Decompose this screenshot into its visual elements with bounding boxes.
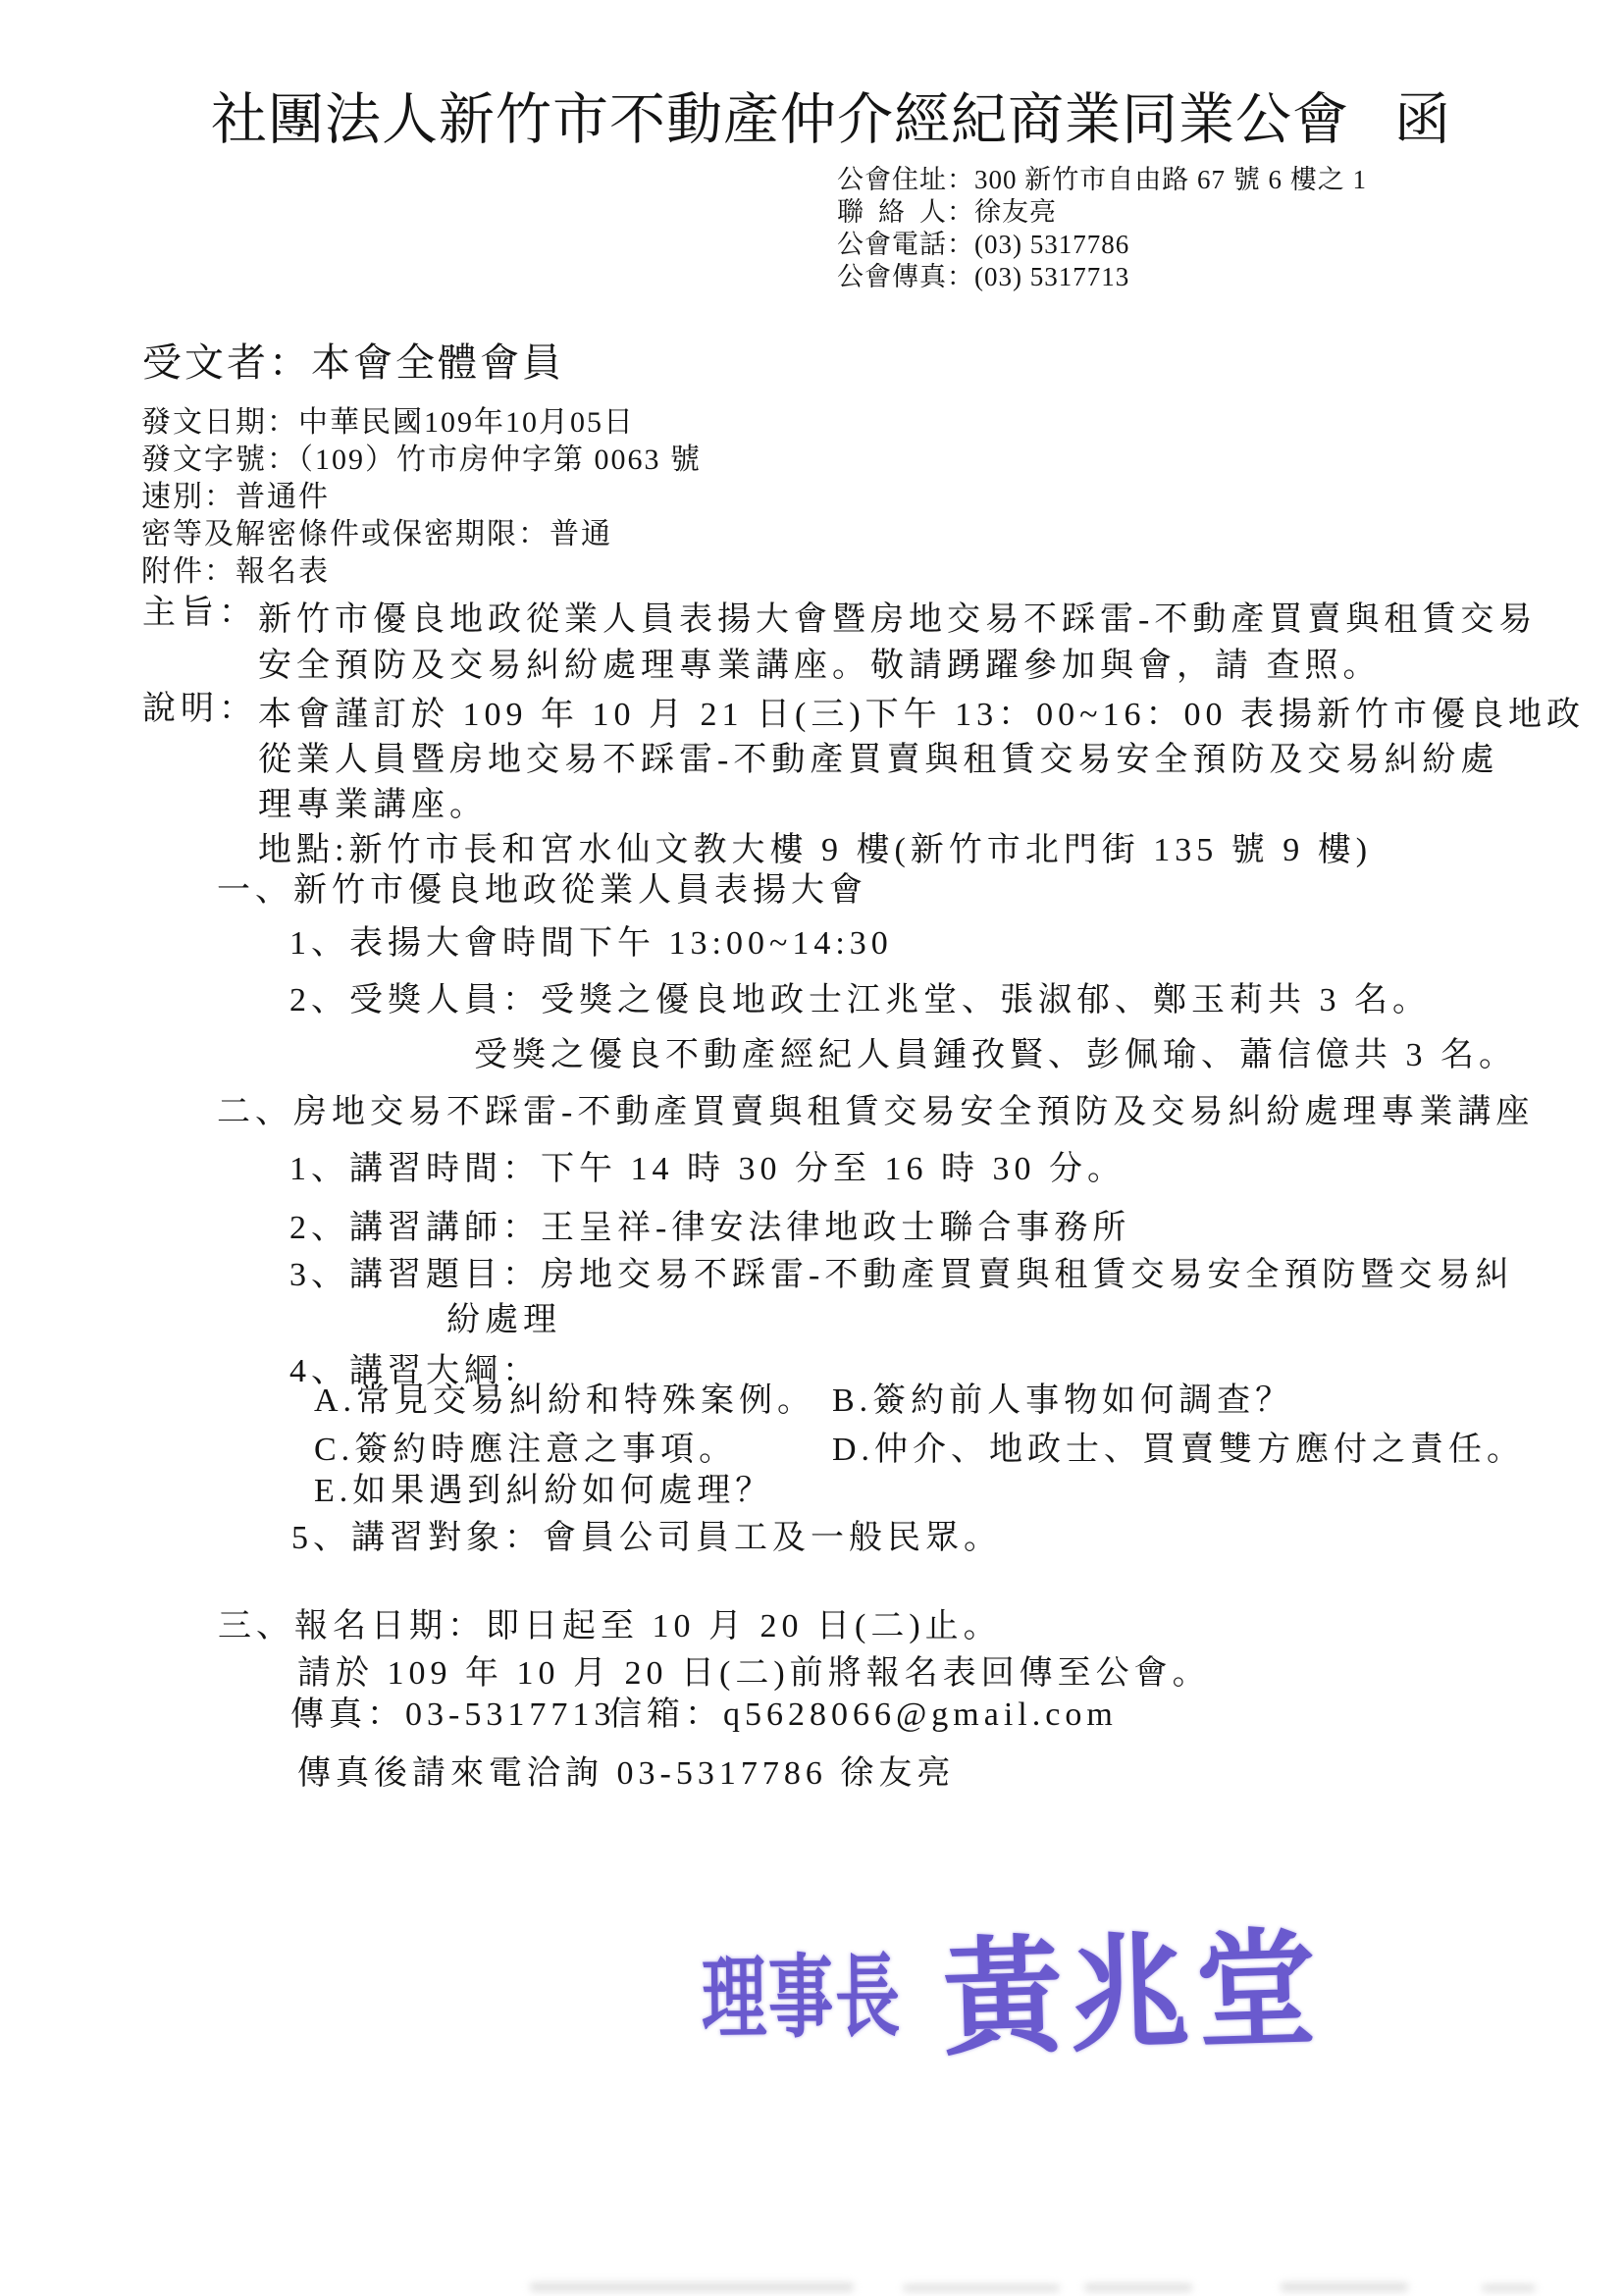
scan-artifact bbox=[1281, 2282, 1408, 2292]
section1-item2-awardees: 2、受獎人員：受獎之優良地政士江兆堂、張淑郁、鄭玉莉共 3 名。 bbox=[289, 981, 1431, 1019]
contact-address-value: ：300 新竹市自由路 67 號 6 樓之 1 bbox=[947, 165, 1367, 194]
section1-item1-time: 1、表揚大會時間下午 13:00~14:30 bbox=[289, 924, 893, 963]
subject-line-1: 新竹市優良地政從業人員表揚大會暨房地交易不踩雷-不動產買賣與租賃交易 bbox=[258, 597, 1537, 643]
section1-heading: 一、新竹市優良地政從業人員表揚大會 bbox=[217, 871, 867, 910]
association-name: 社團法人新竹市不動產仲介經紀商業同業公會 bbox=[211, 92, 1349, 148]
header-contact-block: 公會住址：300 新竹市自由路 67 號 6 樓之 1 聯絡人：徐友亮 公會電話… bbox=[837, 164, 1367, 293]
contact-person-row: 聯絡人：徐友亮 bbox=[837, 196, 1367, 229]
section3-heading-deadline: 三、報名日期：即日起至 10 月 20 日(二)止。 bbox=[218, 1607, 1002, 1645]
section3-fax-number: 傳真：03-5317713 bbox=[290, 1696, 615, 1734]
scan-artifact bbox=[530, 2282, 854, 2292]
description-line-1: 本會謹訂於 109 年 10 月 21 日(三)下午 13：00~16：00 表… bbox=[258, 693, 1585, 738]
meta-security-class: 密等及解密條件或保密期限：普通 bbox=[141, 516, 702, 553]
meta-doc-number: 發文字號：（109）竹市房仲字第 0063 號 bbox=[141, 442, 702, 479]
description-label: 說明： bbox=[142, 693, 258, 873]
chairman-name: 黃兆堂 bbox=[941, 1927, 1324, 2064]
subject-line-2: 安全預防及交易糾紛處理專業講座。敬請踴躍參加與會，請 查照。 bbox=[258, 643, 1537, 689]
section2-item3-topic: 3、講習題目：房地交易不踩雷-不動產買賣與租賃交易安全預防暨交易糾 bbox=[289, 1256, 1513, 1294]
outline-item-c: C.簽約時應注意之事項。 bbox=[314, 1431, 737, 1469]
recipient-line: 受文者：本會全體會員 bbox=[142, 343, 564, 383]
scan-artifact bbox=[1482, 2284, 1536, 2292]
outline-item-d: D.仲介、地政士、買賣雙方應付之責任。 bbox=[832, 1431, 1525, 1469]
section3-phone-confirm-line: 傳真後請來電洽詢 03-5317786 徐友亮 bbox=[297, 1754, 955, 1793]
outline-item-b: B.簽約前人事物如何調查？ bbox=[832, 1382, 1293, 1420]
chairman-signature-stamp: 理事長 黃兆堂 bbox=[701, 1935, 1323, 2061]
outline-item-a: A.常見交易糾紛和特殊案例。 bbox=[314, 1382, 815, 1420]
contact-fax-label: 公會傳真 bbox=[837, 261, 947, 293]
description-block: 說明： 本會謹訂於 109 年 10 月 21 日(三)下午 13：00~16：… bbox=[142, 693, 1585, 873]
contact-person-label: 聯絡人 bbox=[837, 196, 947, 229]
scan-artifact bbox=[903, 2284, 1060, 2292]
section3-email-address: 信箱：q5628066@gmail.com bbox=[608, 1696, 1118, 1734]
section3-return-form-line: 請於 109 年 10 月 20 日(二)前將報名表回傳至公會。 bbox=[297, 1654, 1211, 1693]
document-meta-block: 發文日期：中華民國109年10月05日 發文字號：（109）竹市房仲字第 006… bbox=[141, 404, 702, 591]
contact-person-value: ：徐友亮 bbox=[947, 197, 1057, 227]
section2-item1-time: 1、講習時間：下午 14 時 30 分至 16 時 30 分。 bbox=[289, 1150, 1126, 1188]
description-line-3: 理專業講座。 bbox=[258, 783, 1585, 828]
contact-fax-row: 公會傳真：(03) 5317713 bbox=[837, 261, 1367, 293]
contact-phone-value: ：(03) 5317786 bbox=[947, 230, 1129, 259]
section2-item3-topic-cont: 紛處理 bbox=[446, 1301, 561, 1339]
contact-fax-value: ：(03) 5317713 bbox=[947, 262, 1129, 291]
section2-item5-audience: 5、講習對象：會員公司員工及一般民眾。 bbox=[291, 1519, 1002, 1557]
meta-speed-class: 速別：普通件 bbox=[141, 479, 702, 516]
contact-phone-label: 公會電話 bbox=[837, 229, 947, 261]
contact-phone-row: 公會電話：(03) 5317786 bbox=[837, 229, 1367, 261]
description-line-2: 從業人員暨房地交易不踩雷-不動產買賣與租賃交易安全預防及交易糾紛處 bbox=[258, 738, 1585, 783]
section1-item2-awardees-cont: 受獎之優良不動產經紀人員鍾孜賢、彭佩瑜、蕭信億共 3 名。 bbox=[474, 1036, 1517, 1074]
meta-attachment: 附件：報名表 bbox=[141, 553, 702, 591]
document-title: 社團法人新竹市不動產仲介經紀商業同業公會 函 bbox=[211, 92, 1451, 148]
meta-issue-date: 發文日期：中華民國109年10月05日 bbox=[141, 404, 702, 442]
outline-item-e: E.如果遇到糾紛如何處理？ bbox=[314, 1472, 773, 1510]
subject-label: 主旨： bbox=[142, 597, 258, 689]
subject-block: 主旨： 新竹市優良地政從業人員表揚大會暨房地交易不踩雷-不動產買賣與租賃交易 安… bbox=[142, 597, 1537, 689]
contact-address-label: 公會住址 bbox=[837, 164, 947, 196]
contact-address-row: 公會住址：300 新竹市自由路 67 號 6 樓之 1 bbox=[837, 164, 1367, 196]
description-venue-line: 地點:新竹市長和宮水仙文教大樓 9 樓(新竹市北門街 135 號 9 樓) bbox=[258, 828, 1585, 873]
scanned-letter-page: 社團法人新竹市不動產仲介經紀商業同業公會 函 公會住址：300 新竹市自由路 6… bbox=[0, 0, 1623, 2296]
section2-item2-lecturer: 2、講習講師：王呈祥-律安法律地政士聯合事務所 bbox=[289, 1209, 1130, 1247]
chairman-title: 理事長 bbox=[702, 1954, 903, 2047]
letter-type-label: 函 bbox=[1394, 92, 1451, 148]
section2-heading: 二、房地交易不踩雷-不動產買賣與租賃交易安全預防及交易糾紛處理專業講座 bbox=[217, 1093, 1534, 1131]
scan-artifact bbox=[1084, 2283, 1192, 2292]
